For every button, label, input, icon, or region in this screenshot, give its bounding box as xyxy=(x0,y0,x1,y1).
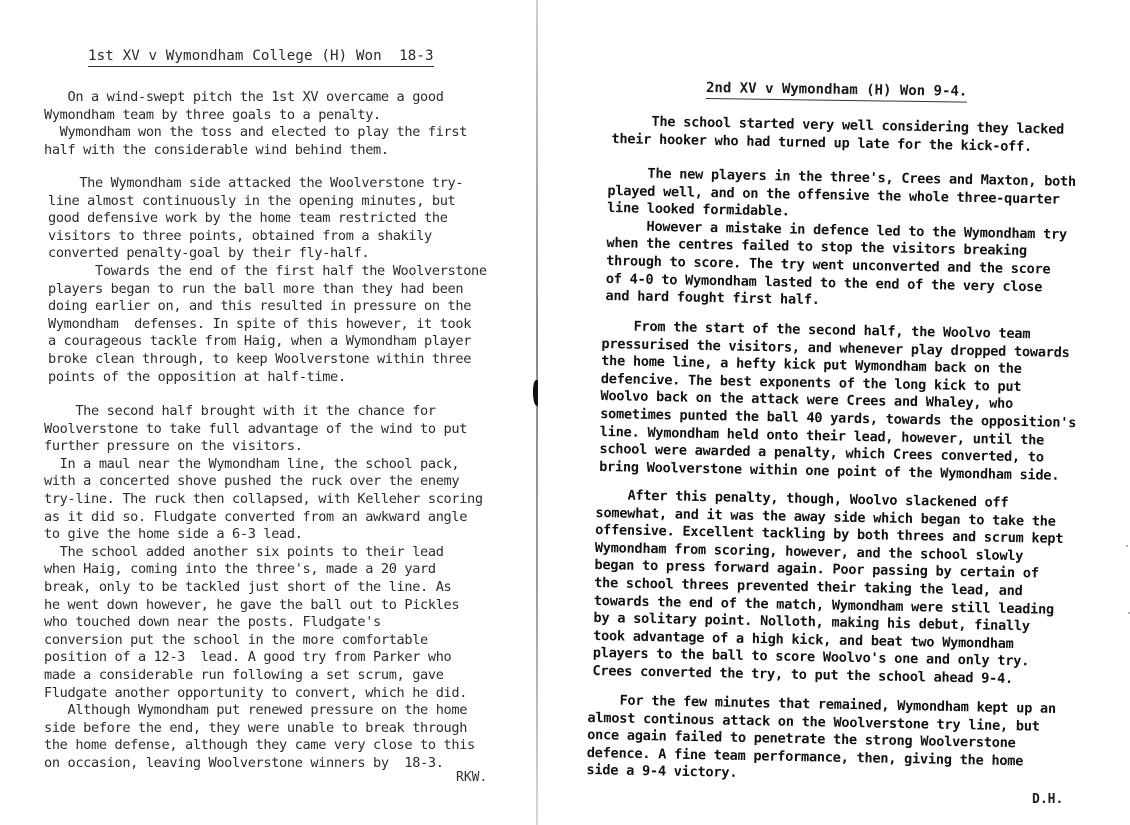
left-page: 1st XV v Wymondham College (H) Won 18-3 … xyxy=(0,0,538,825)
report-paragraph: From the start of the second half, the W… xyxy=(599,318,1078,485)
report-paragraph: The school started very well considering… xyxy=(611,113,1064,157)
author-signature: D.H. xyxy=(1032,792,1063,807)
report-paragraph: The Wymondham side attacked the Woolvers… xyxy=(48,175,487,386)
report-paragraph: After this penalty, though, Woolvo slack… xyxy=(592,487,1064,689)
match-report-title-1st-xv: 1st XV v Wymondham College (H) Won 18-3 xyxy=(88,48,434,67)
report-paragraph: For the few minutes that remained, Wymon… xyxy=(586,692,1056,789)
report-paragraph: The new players in the three's, Crees an… xyxy=(605,165,1076,315)
report-paragraph: On a wind-swept pitch the 1st XV overcam… xyxy=(44,89,467,159)
right-page: 2nd XV v Wymondham (H) Won 9-4. The scho… xyxy=(538,0,1130,825)
paper-speck xyxy=(1126,545,1128,547)
report-paragraph: The second half brought with it the chan… xyxy=(44,403,483,772)
author-signature: RKW. xyxy=(456,770,487,785)
match-report-title-2nd-xv: 2nd XV v Wymondham (H) Won 9-4. xyxy=(706,80,968,103)
